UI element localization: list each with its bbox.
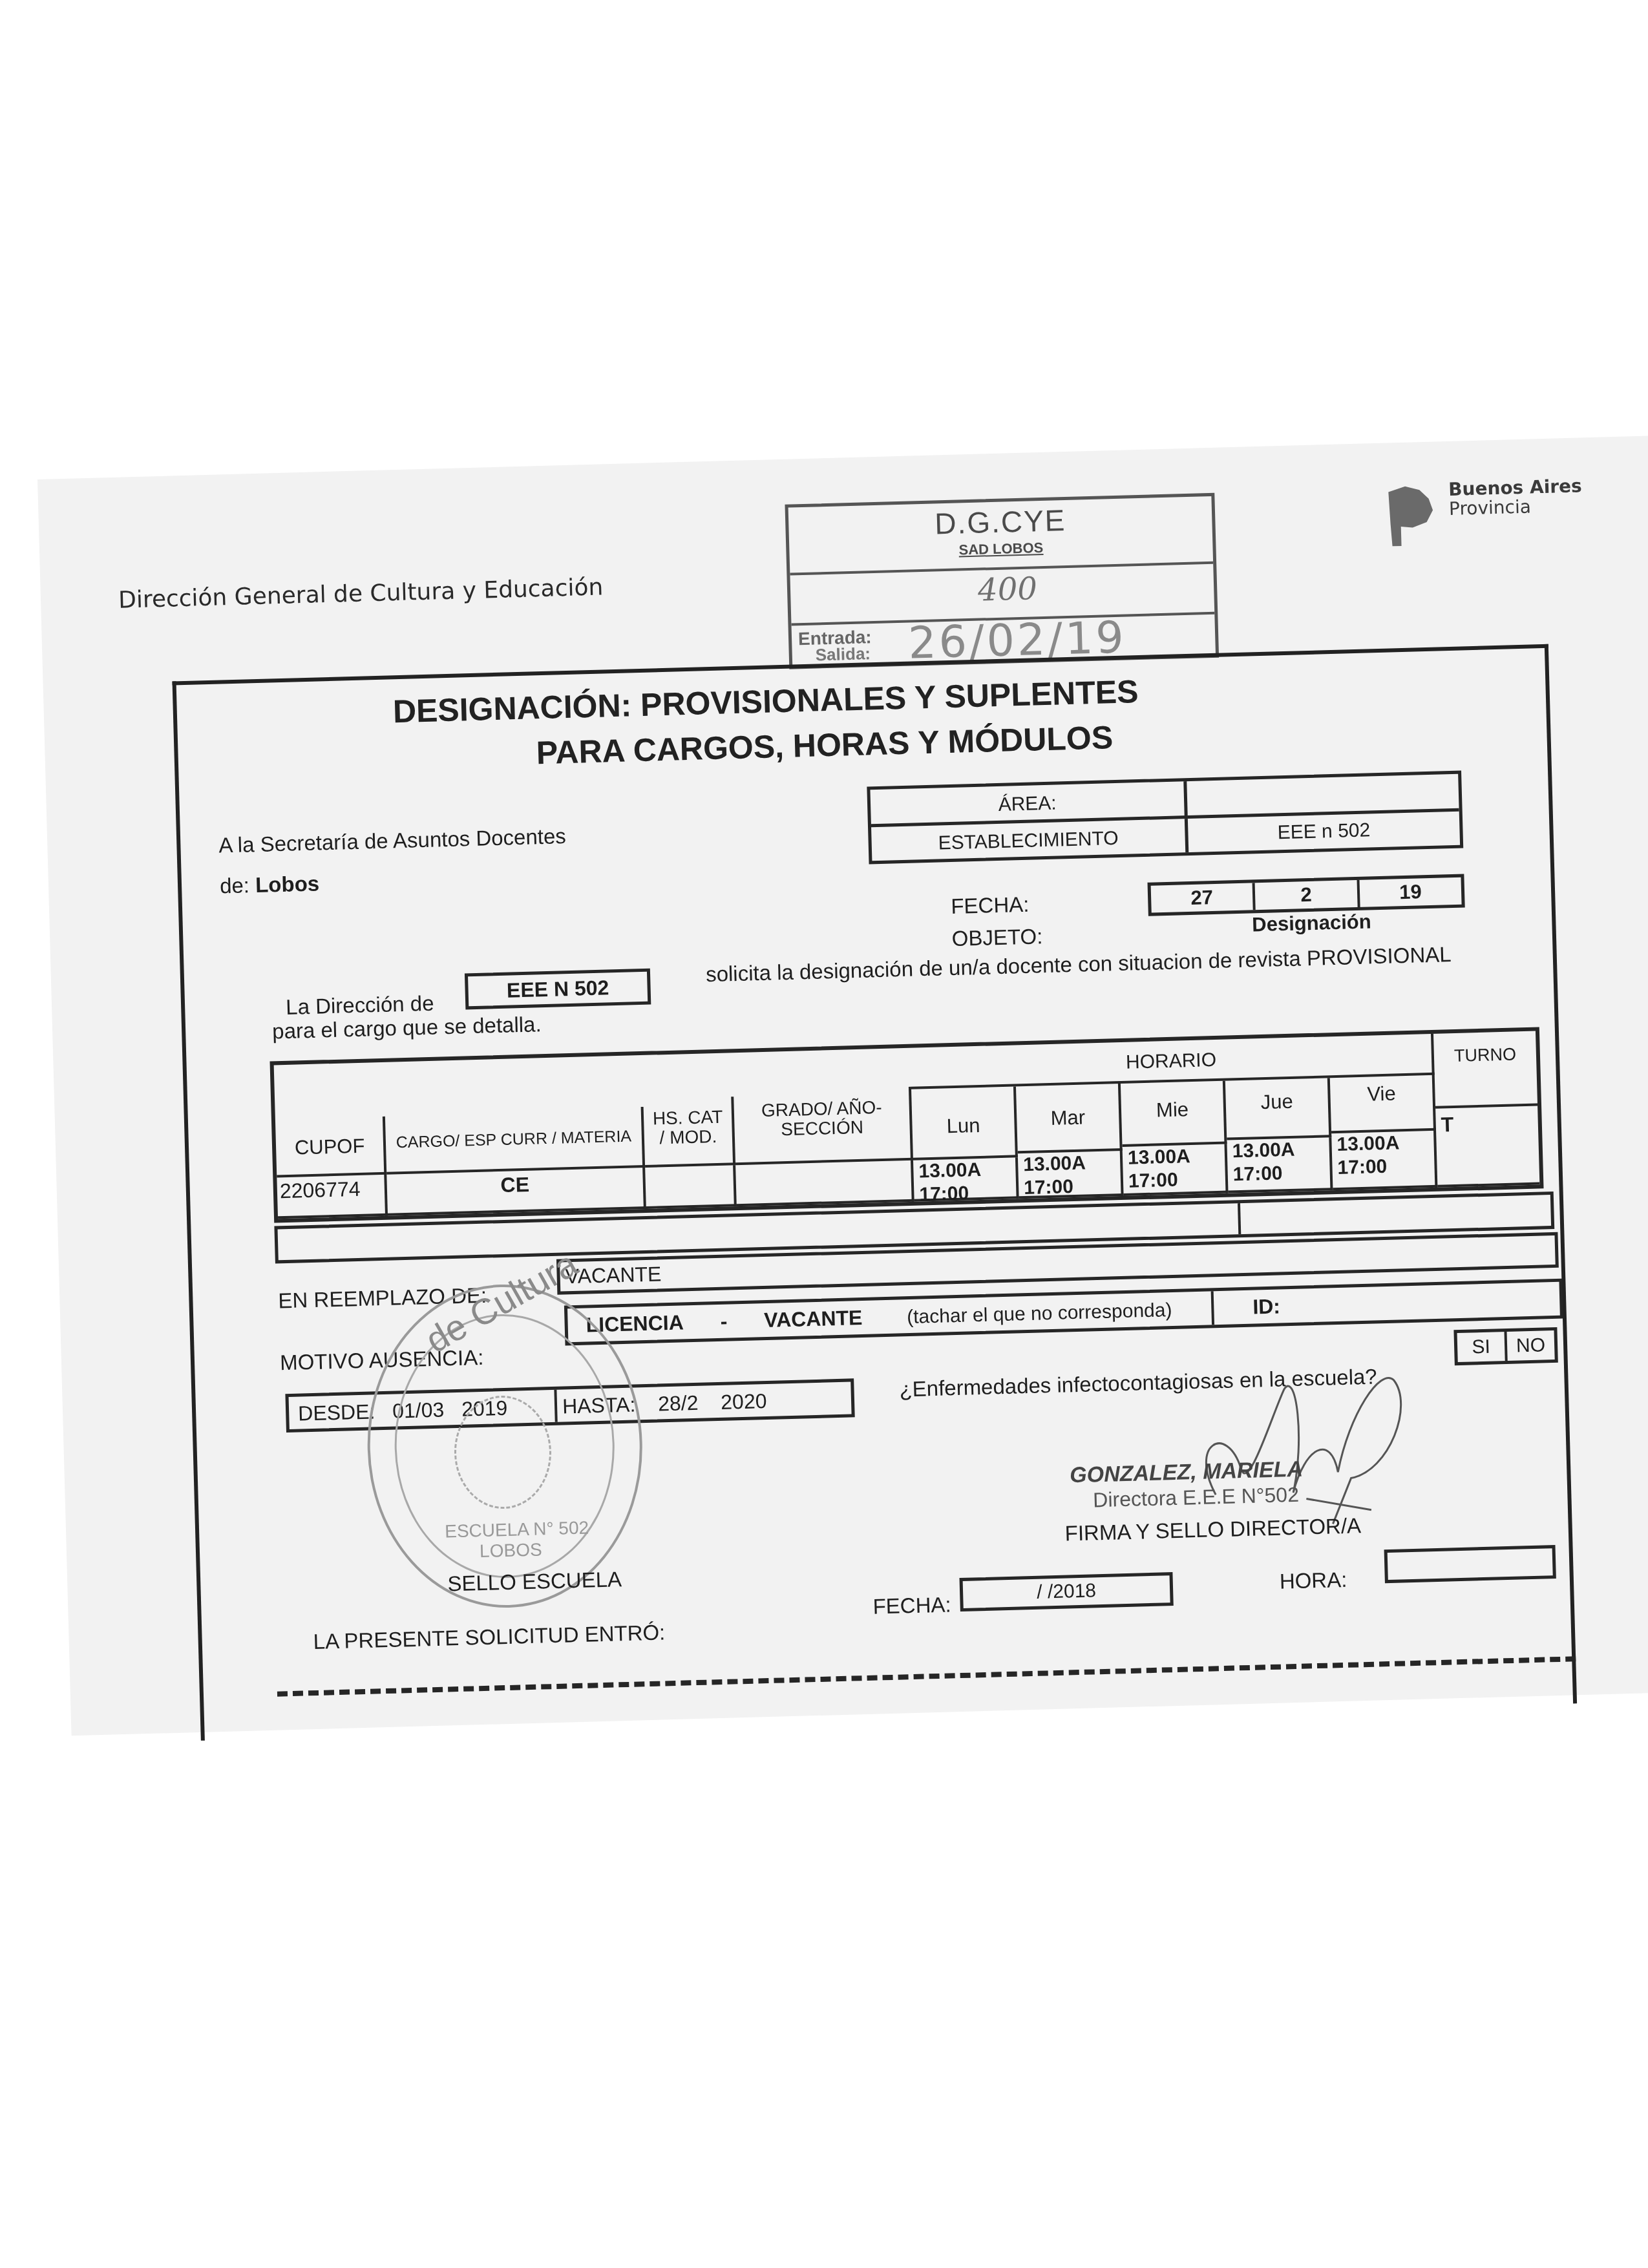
schedule-from: 13.00A [918, 1157, 1016, 1183]
fecha-year-field[interactable]: 19 [1359, 877, 1461, 907]
schedule-cell-lun: 13.00A17:00 [913, 1157, 1019, 1201]
cupof-value: 2206774 [277, 1175, 388, 1219]
direccion-field[interactable]: EEE N 502 [465, 969, 651, 1010]
logo-line2: Provincia [1449, 496, 1583, 519]
organization-name: Dirección General de Cultura y Educación [118, 574, 604, 613]
id-field[interactable]: ID: [1214, 1282, 1560, 1325]
header-grado: GRADO/ AÑO- SECCIÓN [734, 1087, 913, 1165]
entry-fecha-field[interactable]: / /2018 [960, 1572, 1174, 1612]
schedule-cell-jue: 13.00A17:00 [1227, 1137, 1333, 1193]
schedule-cell-mie: 13.00A17:00 [1123, 1144, 1229, 1196]
enfermedades-options: SI NO [1453, 1327, 1558, 1365]
schedule-cell-mar: 13.00A17:00 [1018, 1151, 1124, 1199]
hs-cat-value [645, 1165, 737, 1209]
cargo-value: CE [386, 1168, 646, 1216]
hora-field[interactable] [1384, 1545, 1556, 1583]
dgcye-reception-stamp: D.G.CYE SAD LOBOS 400 Entrada: Salida: 2… [785, 493, 1219, 669]
objeto-value: Designación [1252, 910, 1371, 936]
province-logo-text: Buenos Aires Provincia [1448, 476, 1583, 519]
stamp-header: D.G.CYE SAD LOBOS [788, 496, 1214, 576]
schedule-to: 17:00 [1337, 1154, 1435, 1180]
stamp-salida-label: Salida: [815, 644, 871, 665]
header-day-mie: Mie [1121, 1081, 1227, 1147]
fecha-day-field[interactable]: 27 [1151, 883, 1256, 912]
motivo-note: (tachar el que no corresponda) [907, 1299, 1172, 1328]
schedule-from: 13.00A [1336, 1131, 1434, 1157]
header-hs-cat-line1: HS. CAT [644, 1107, 732, 1129]
hasta-value: 28/2 2020 [658, 1389, 767, 1416]
header-turno: TURNO [1433, 1031, 1537, 1109]
schedule-to: 17:00 [1232, 1160, 1330, 1186]
option-no[interactable]: NO [1507, 1330, 1555, 1361]
schedule-from: 13.00A [1023, 1151, 1121, 1177]
schedule-from: 13.00A [1232, 1137, 1329, 1163]
establecimiento-field[interactable]: EEE n 502 [1188, 812, 1460, 852]
schedule-to: 17:00 [1024, 1174, 1121, 1200]
seal-localidad: LOBOS [480, 1539, 542, 1562]
objeto-label: OBJETO: [951, 924, 1043, 951]
blank-cell-2 [1240, 1195, 1551, 1234]
fecha-label: FECHA: [951, 892, 1030, 919]
grado-value [735, 1160, 914, 1206]
buenos-aires-province-icon [1386, 485, 1436, 548]
motivo-option-vacante[interactable]: VACANTE [764, 1306, 863, 1332]
area-establecimiento-table: ÁREA: ESTABLECIMIENTO EEE n 502 [867, 771, 1463, 865]
schedule-cell-vie: 13.00A17:00 [1331, 1131, 1437, 1190]
header-day-lun: Lun [911, 1086, 1018, 1160]
header-day-jue: Jue [1225, 1078, 1331, 1140]
header-hs-cat: HS. CAT / MOD. [643, 1097, 735, 1168]
schedule-from: 13.00A [1128, 1144, 1225, 1170]
header-day-vie: Vie [1330, 1075, 1436, 1133]
fecha-month-field[interactable]: 2 [1255, 880, 1360, 910]
stamp-handwritten-number: 400 [977, 571, 1037, 608]
cargo-table: CUPOF CARGO/ ESP CURR / MATERIA HS. CAT … [269, 1027, 1543, 1223]
scanned-form-sheet: Dirección General de Cultura y Educación… [37, 435, 1648, 1736]
header-cargo: CARGO/ ESP CURR / MATERIA [385, 1107, 645, 1175]
secretaria-de: de: Lobos [220, 871, 320, 898]
schedule-to: 17:00 [1128, 1168, 1226, 1193]
schedule-to: 17:00 [919, 1181, 1017, 1206]
de-value: Lobos [255, 871, 320, 897]
de-label: de: [220, 873, 250, 898]
hora-label: HORA: [1279, 1568, 1347, 1594]
header-day-mar: Mar [1016, 1084, 1123, 1153]
header-grado-line2: SECCIÓN [734, 1117, 910, 1140]
desde-label: DESDE: [298, 1400, 375, 1425]
option-si[interactable]: SI [1457, 1332, 1508, 1362]
header-cupof: CUPOF [275, 1117, 386, 1178]
sello-escuela-label: SELLO ESCUELA [447, 1567, 622, 1596]
header-hs-cat-line2: / MOD. [644, 1126, 733, 1148]
entry-fecha-label: FECHA: [872, 1592, 951, 1619]
motivo-separator: - [720, 1310, 728, 1333]
seal-escuela: ESCUELA N° 502 [445, 1518, 589, 1542]
turno-value: T [1435, 1106, 1539, 1188]
